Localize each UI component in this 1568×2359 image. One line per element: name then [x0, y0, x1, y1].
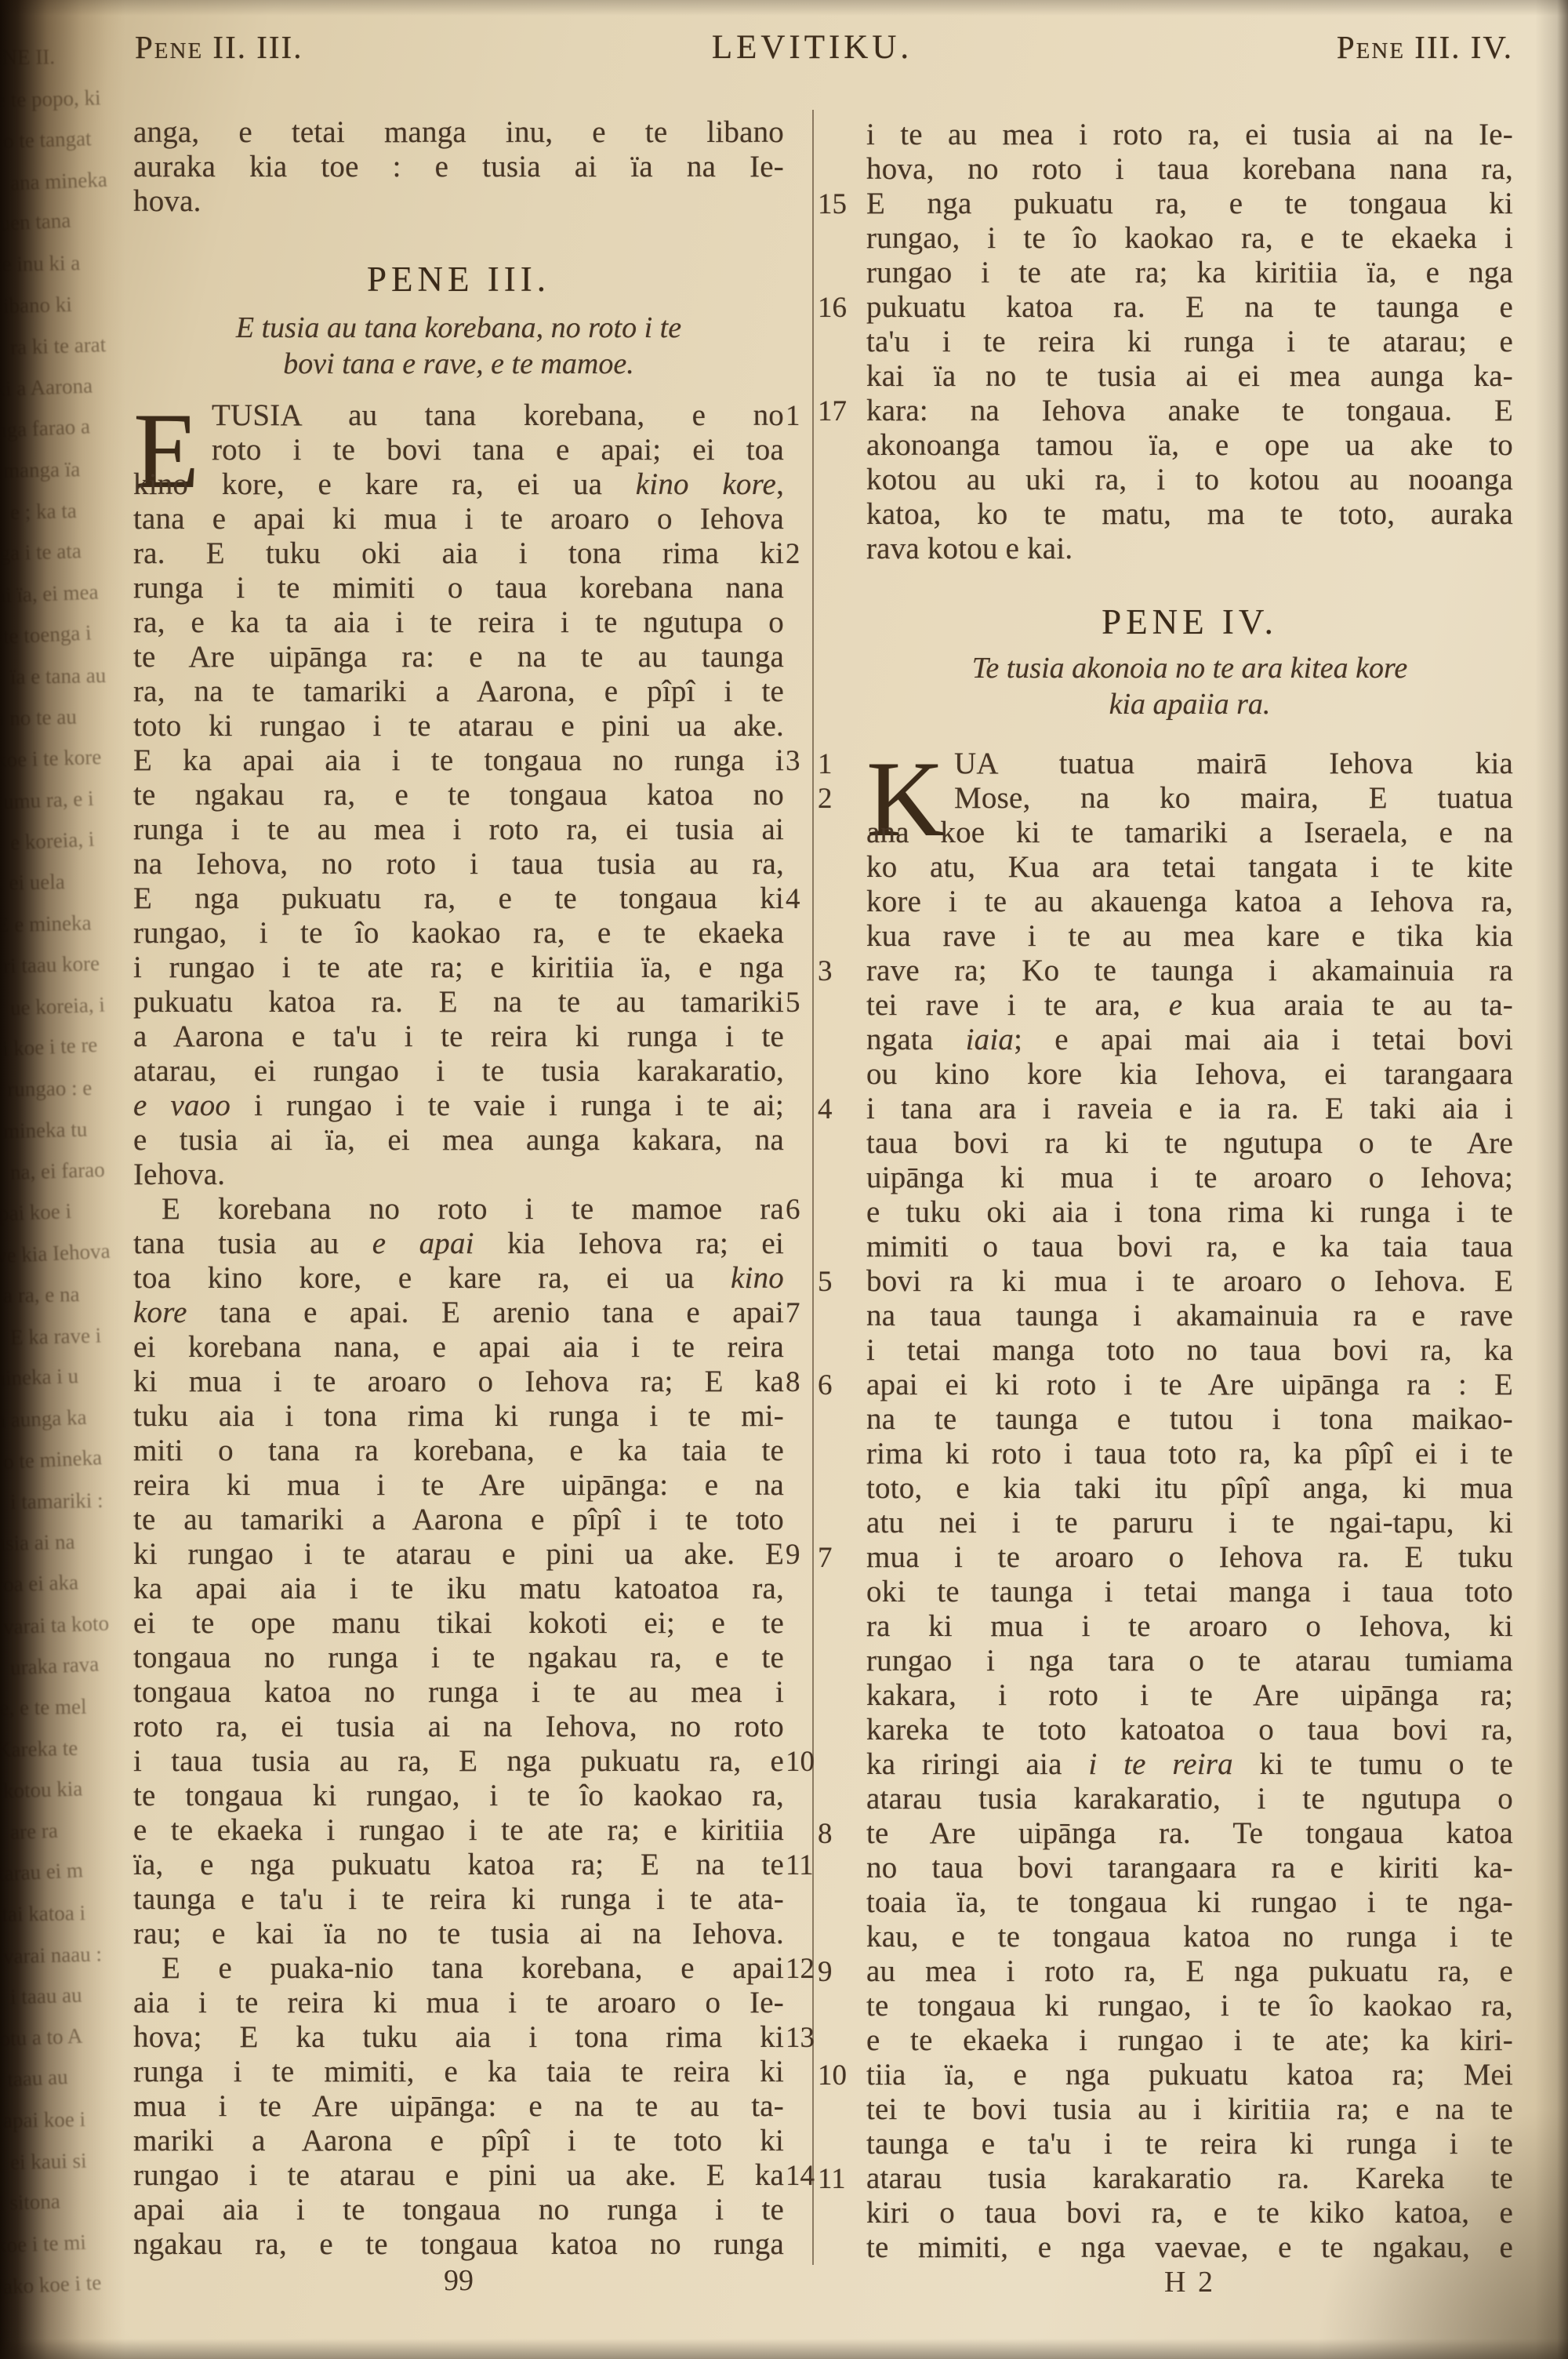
text-line: kotou au uki ra, i to kotou au nooanga — [866, 463, 1513, 497]
verse-number: 17 — [818, 394, 862, 429]
verse-number: 7 — [818, 1541, 862, 1576]
text-line: 8te Are uipānga ra. Te tongaua katoa — [866, 1816, 1513, 1851]
text-line: rava kotou e kai. — [866, 532, 1513, 566]
adjacent-page-fragment: puen tana — [0, 209, 71, 236]
line-text: ïa, e nga pukuatu katoa ra; E na te — [133, 1848, 784, 1882]
text-line: ou kino kore kia Iehova, ei tarangaara — [866, 1057, 1513, 1092]
chapter-subtitle: bovi tana e rave, e te mamoe. — [133, 346, 784, 382]
running-head-title: LEVITIKU. — [712, 28, 913, 67]
text-line: 4i tana ara i raveia e ia ra. E taki aia… — [866, 1092, 1513, 1126]
text-line: taunga e ta'u i te reira ki runga i te a… — [133, 1882, 784, 1917]
text-line: 8ki mua i te aroaro o Iehova ra; E ka — [133, 1365, 784, 1399]
text-line: rungao, i te îo kaokao ra, e te ekaeka i — [866, 221, 1513, 256]
text-line: roto i te bovi tana e apai; ei toa — [133, 433, 784, 467]
text-line: te ngakau ra, e te tongaua katoa no — [133, 778, 784, 812]
adjacent-page-fragment: ENE II. — [0, 45, 55, 69]
line-text: rave ra; Ko te taunga i akamainuia ra — [866, 954, 1513, 988]
text-line: tongaua no runga i te ngakau ra, e te — [133, 1641, 784, 1675]
adjacent-page-fragment: ue koreia, i — [9, 992, 105, 1020]
line-text: a Aarona e ta'u i te reira ki runga i te — [133, 1020, 784, 1054]
text-line: rima ki roto i taua toto ra, ka pîpî ei … — [866, 1437, 1513, 1471]
line-text: mua i te Are uipānga: e na te au ta- — [133, 2089, 784, 2124]
text-line: na taua taunga i akamainuia ra e rave — [866, 1299, 1513, 1333]
line-text: rungao i te ate ra; ka kiritiia ïa, e ng… — [866, 256, 1513, 290]
adjacent-page-fragment: i tamariki : — [10, 1488, 103, 1514]
text-line: e te ekaeka i rungao i te ate ra; e kiri… — [133, 1813, 784, 1848]
line-text: hova. — [133, 184, 784, 219]
text-line: 10i taua tusia au ra, E nga pukuatu ra, … — [133, 1744, 784, 1779]
line-text: tei rave i te ara, e kua araia te au ta- — [866, 988, 1513, 1023]
signature-mark: H 2 — [866, 2265, 1513, 2299]
chapter-heading: PENE IV. — [866, 602, 1513, 642]
line-text: Iehova. — [133, 1158, 784, 1192]
line-text: ngata iaia; e apai mai aia i tetai bovi — [866, 1023, 1513, 1057]
verse-number: 8 — [818, 1817, 862, 1852]
text-line: ta'u i te reira ki runga i te atarau; e — [866, 325, 1513, 359]
adjacent-page-fragment: ai ïa, ei mea — [0, 580, 99, 607]
adjacent-page-fragment: varai naau : — [3, 1942, 103, 1968]
text-line: ei korebana nana, e apai aia i te reira — [133, 1330, 784, 1365]
text-line: taunga e ta'u i te reira ki runga i te — [866, 2127, 1513, 2161]
text-line: auraka kia toe : e tusia ai ïa na Ie- — [133, 150, 784, 184]
text-line: kore i te au akauenga katoa a Iehova ra, — [866, 885, 1513, 919]
text-line: uipānga ki mua i te aroaro o Iehova; — [866, 1161, 1513, 1195]
text-line: tei rave i te ara, e kua araia te au ta- — [866, 988, 1513, 1023]
line-text: ou kino kore kia Iehova, ei tarangaara — [866, 1057, 1513, 1092]
verse-number: 5 — [818, 1265, 862, 1299]
text-line: reira ki mua i te Are uipānga: e na — [133, 1468, 784, 1503]
text-line: anga, e tetai manga inu, e te libano — [133, 115, 784, 150]
text-line: a Aarona e ta'u i te reira ki runga i te — [133, 1020, 784, 1054]
verse-number: 15 — [818, 187, 862, 222]
text-line: 11atarau tusia karakaratio ra. Kareka te — [866, 2161, 1513, 2196]
line-text: atarau tusia karakaratio ra. Kareka te — [866, 2161, 1513, 2196]
adjacent-page-fragment: ako koe i te — [2, 2271, 101, 2299]
line-text: ra. E tuku oki aia i tona rima ki — [133, 536, 784, 571]
text-line: tei te bovi tusia au i kiritiia ra; e na… — [866, 2092, 1513, 2127]
verse-number: 1 — [818, 747, 862, 782]
line-text: rungao, i te îo kaokao ra, e te ekaeka — [133, 916, 784, 951]
verse-number: 10 — [818, 2059, 862, 2093]
line-text: bovi ra ki mua i te aroaro o Iehova. E — [866, 1264, 1513, 1299]
text-line: 4E nga pukuatu ra, e te tongaua ki — [133, 881, 784, 916]
text-line: hova, no roto i taua korebana nana ra, — [866, 152, 1513, 187]
line-text: ko atu, Kua ara tetai tangata i te kite — [866, 850, 1513, 885]
verse-number: 9 — [818, 1955, 862, 1990]
text-line: 16pukuatu katoa ra. E na te taunga e — [866, 290, 1513, 325]
line-text: ra, na te tamariki a Aarona, e pîpî i te — [133, 674, 784, 709]
line-text: te ngakau ra, e te tongaua katoa no — [133, 778, 784, 812]
adjacent-page-fragment: itai katoa i — [0, 1901, 85, 1926]
line-text: e tuku oki aia i tona rima ki runga i te — [866, 1195, 1513, 1230]
adjacent-page-fragment: atarau ei m — [0, 1859, 84, 1886]
line-text: kotou au uki ra, i to kotou au nooanga — [866, 463, 1513, 497]
line-text: e tusia ai ïa, ei mea aunga kakara, na — [133, 1123, 784, 1158]
text-line: 7kore tana e apai. E arenio tana e apai — [133, 1296, 784, 1330]
line-text: i rungao i te ate ra; e kiritiia ïa, e n… — [133, 951, 784, 985]
adjacent-page-fragment: uraka rava — [9, 1652, 99, 1680]
verse-number: 6 — [786, 1193, 815, 1227]
line-text: TUSIA au tana korebana, e no — [212, 398, 784, 433]
text-line: Iehova. — [133, 1158, 784, 1192]
text-line: 3rave ra; Ko te taunga i akamainuia ra — [866, 954, 1513, 988]
line-text: ki mua i te aroaro o Iehova ra; E ka — [133, 1365, 784, 1399]
line-text: e te ekaeka i rungao i te ate ra; e kiri… — [133, 1813, 784, 1848]
adjacent-page-fragment: nga farao a — [0, 415, 91, 442]
verse-number: 14 — [786, 2159, 815, 2194]
verse-number: 7 — [786, 1296, 815, 1331]
text-line: e vaoo i rungao i te vaie i runga i te a… — [133, 1089, 784, 1123]
verse-number: 9 — [786, 1538, 815, 1572]
text-line: mimiti o taua bovi ra, e ka taia taua — [866, 1230, 1513, 1264]
text-line: na Iehova, no roto i taua tusia au ra, — [133, 847, 784, 881]
chapter-body: 1KUA tuatua mairā Iehova kia2Mose, na ko… — [866, 747, 1513, 2265]
text-line: tuku aia i tona rima ki runga i te mi- — [133, 1399, 784, 1434]
line-text: te mimiti, e nga vaevae, e te ngakau, e — [866, 2230, 1513, 2265]
line-text: hova; E ka tuku aia i tona rima ki — [133, 2020, 784, 2055]
text-line: ra, e ka ta aia i te reira i te ngutupa … — [133, 605, 784, 640]
text-line: atarau, ei rungao i te tusia karakaratio… — [133, 1054, 784, 1089]
verse-number: 4 — [786, 882, 815, 917]
text-line: toaia ïa, te tongaua ki rungao i te nga- — [866, 1885, 1513, 1920]
adjacent-page-fragment: o te tangat — [3, 126, 92, 153]
verse-number: 3 — [786, 744, 815, 779]
verse-number: 16 — [818, 291, 862, 325]
adjacent-page-fragment: nga i te ata — [0, 539, 82, 565]
text-line: akonoanga tamou ïa, e ope ua ake to — [866, 428, 1513, 463]
line-text: taunga e ta'u i te reira ki runga i te a… — [133, 1882, 784, 1917]
line-text: i taua tusia au ra, E nga pukuatu ra, e — [133, 1744, 784, 1779]
verse-number: 6 — [818, 1369, 862, 1403]
text-line: kakara, i roto i te Are uipānga ra; — [866, 1678, 1513, 1713]
line-text: na Iehova, no roto i taua tusia au ra, — [133, 847, 784, 881]
text-line: ra, na te tamariki a Aarona, e pîpî i te — [133, 674, 784, 709]
line-text: tana tusia au e apai kia Iehova ra; ei — [133, 1227, 784, 1261]
text-line: hova. — [133, 184, 784, 219]
chapter-body: 1ETUSIA au tana korebana, e noroto i te … — [133, 398, 784, 2262]
adjacent-page-fragment: mineka i u — [0, 1364, 78, 1390]
text-line: runga i te mimiti o taua korebana nana — [133, 571, 784, 605]
line-text: rungao i nga tara o te atarau tumiama — [866, 1644, 1513, 1678]
line-text: ra, e ka ta aia i te reira i te ngutupa … — [133, 605, 784, 640]
verse-number: 4 — [818, 1092, 862, 1127]
adjacent-page-fragment: mineka tu — [3, 1117, 88, 1143]
line-text: katoa, ko te matu, ma te toto, auraka — [866, 497, 1513, 532]
text-line: 6apai ei ki roto i te Are uipānga ra : E — [866, 1368, 1513, 1402]
line-text: toto ki rungao i te atarau e pini ua ake… — [133, 709, 784, 743]
line-text: tei te bovi tusia au i kiritiia ra; e na… — [866, 2092, 1513, 2127]
line-text: tongaua katoa no runga i te au mea i — [133, 1675, 784, 1710]
text-line: 6E korebana no roto i te mamoe ra — [133, 1192, 784, 1227]
right-text-column: i te au mea i roto ra, ei tusia ai na Ie… — [866, 118, 1513, 2265]
line-text: runga i te mimiti, e ka taia te reira ki — [133, 2055, 784, 2089]
adjacent-page-fragment: na, ei farao — [10, 1158, 106, 1184]
text-line: rau; e kai ïa no te tusia ai na Iehova. — [133, 1917, 784, 1951]
text-line: 14rungao i te atarau e pini ua ake. E ka — [133, 2158, 784, 2193]
text-line: ko atu, Kua ara tetai tangata i te kite — [866, 850, 1513, 885]
verse-number: 3 — [818, 954, 862, 989]
text-line: toto, e kia taki itu pîpî anga, ki mua — [866, 1471, 1513, 1506]
text-line: tongaua katoa no runga i te au mea i — [133, 1675, 784, 1710]
text-line: i tetai manga toto no taua bovi ra, ka — [866, 1333, 1513, 1368]
text-line: 1KUA tuatua mairā Iehova kia — [866, 747, 1513, 781]
line-text: kore i te au akauenga katoa a Iehova ra, — [866, 885, 1513, 919]
text-line: tana e apai ki mua i te aroaro o Iehova — [133, 502, 784, 536]
line-text: toa kino kore, e kare ra, ei ua kino — [133, 1261, 784, 1296]
line-text: pukuatu katoa ra. E na te taunga e — [866, 290, 1513, 325]
adjacent-page-fragment: e ; ka ta — [10, 499, 77, 524]
page-number: 99 — [133, 2263, 784, 2298]
line-text: i te au mea i roto ra, ei tusia ai na Ie… — [866, 118, 1513, 152]
text-line: 12E e puaka-nio tana korebana, e apai — [133, 1951, 784, 1986]
line-text: ta'u i te reira ki runga i te atarau; e — [866, 325, 1513, 359]
text-line: kau, e te tongaua katoa no runga i te — [866, 1920, 1513, 1954]
text-line: 2ra. E tuku oki aia i tona rima ki — [133, 536, 784, 571]
text-line: ngakau ra, e te tongaua katoa no runga — [133, 2227, 784, 2262]
adjacent-page-fragment: varai ta koto — [2, 1611, 109, 1638]
line-text: roto ra, ei tusia ai na Iehova, no roto — [133, 1710, 784, 1744]
text-line: mua i te Are uipānga: e na te au ta- — [133, 2089, 784, 2124]
adjacent-page-fragment: ïa e tana au — [10, 663, 107, 689]
line-text: rima ki roto i taua toto ra, ka pîpî ei … — [866, 1437, 1513, 1471]
text-line: ana koe ki te tamariki a Iseraela, e na — [866, 816, 1513, 850]
text-line: runga i te mimiti, e ka taia te reira ki — [133, 2055, 784, 2089]
text-line: aia i te reira ki mua i te aroaro o Ie- — [133, 1986, 784, 2020]
line-text: E nga pukuatu ra, e te tongaua ki — [133, 881, 784, 916]
line-text: te au tamariki a Aarona e pîpî i te toto — [133, 1503, 784, 1537]
line-text: kau, e te tongaua katoa no runga i te — [866, 1920, 1513, 1954]
line-text: kara: na Iehova anake te tongaua. E — [866, 394, 1513, 428]
adjacent-page-fragment: e koreia, i — [9, 827, 94, 855]
verse-number: 10 — [786, 1745, 815, 1779]
adjacent-page-fragment: umu ra, e i — [2, 787, 94, 813]
adjacent-page-fragment: te toenga i — [2, 621, 92, 649]
line-text: runga i te mimiti o taua korebana nana — [133, 571, 784, 605]
text-line: katoa, ko te matu, ma te toto, auraka — [866, 497, 1513, 532]
chapter-subtitle: E tusia au tana korebana, no roto i te — [133, 310, 784, 346]
text-line: i rungao i te ate ra; e kiritiia ïa, e n… — [133, 951, 784, 985]
text-line: ei te ope manu tikai kokoti ei; e te — [133, 1606, 784, 1641]
adjacent-page-fragment: o te mineka — [2, 1446, 102, 1474]
line-text: tiia ïa, e nga pukuatu katoa ra; Mei — [866, 2058, 1513, 2092]
adjacent-page-fragment: a aunga ka — [0, 1405, 87, 1432]
text-line: 17kara: na Iehova anake te tongaua. E — [866, 394, 1513, 428]
text-line: ka riringi aia i te reira ki te tumu o t… — [866, 1747, 1513, 1782]
adjacent-page-fragment: koe i te mi — [0, 2230, 86, 2257]
line-text: E nga pukuatu ra, e te tongaua ki — [866, 187, 1513, 221]
chapter-subtitle: Te tusia akonoia no te ara kitea kore — [866, 650, 1513, 686]
adjacent-page-fragment: manga ïa — [3, 457, 81, 482]
text-line: toto ki rungao i te atarau e pini ua ake… — [133, 709, 784, 743]
text-line: miti o tana ra korebana, e ka taia te — [133, 1434, 784, 1468]
text-line: 1ETUSIA au tana korebana, e no — [133, 398, 784, 433]
adjacent-page-fragment: E e mineka — [0, 911, 92, 936]
adjacent-page-fragment: ei sitona — [0, 2190, 60, 2215]
verse-number: 8 — [786, 1365, 815, 1400]
line-text: te tongaua ki rungao, i te îo kaokao ra, — [866, 1989, 1513, 2023]
line-text: anga, e tetai manga inu, e te libano — [133, 115, 784, 150]
adjacent-page-fragment: a'i koe i te re — [0, 1033, 98, 1061]
text-line: 7mua i te aroaro o Iehova ra. E tuku — [866, 1540, 1513, 1575]
line-text: roto i te bovi tana e apai; ei toa — [212, 433, 784, 467]
line-text: mua i te aroaro o Iehova ra. E tuku — [866, 1540, 1513, 1575]
line-text: hova, no roto i taua korebana nana ra, — [866, 152, 1513, 187]
line-text: E e puaka-nio tana korebana, e apai — [162, 1951, 784, 1986]
line-text: ei korebana nana, e apai aia i te reira — [133, 1330, 784, 1365]
line-text: UA tuatua mairā Iehova kia — [954, 747, 1513, 781]
adjacent-page-fragment: i taau au — [10, 1983, 82, 2009]
verse-number: 12 — [786, 1952, 815, 1986]
line-text: kiri o taua bovi ra, e te kiko katoa, e — [866, 2196, 1513, 2230]
left-text-column: anga, e tetai manga inu, e te libanoaura… — [133, 115, 784, 2262]
text-line: 13hova; E ka tuku aia i tona rima ki — [133, 2020, 784, 2055]
line-text: ki rungao i te atarau e pini ua ake. E — [133, 1537, 784, 1572]
text-line: e tuku oki aia i tona rima ki runga i te — [866, 1195, 1513, 1230]
text-line: rungao i te ate ra; ka kiritiia ïa, e ng… — [866, 256, 1513, 290]
text-line: te Are uipānga ra: e na te au taunga — [133, 640, 784, 674]
line-text: rungao i te atarau e pini ua ake. E ka — [133, 2158, 784, 2193]
adjacent-page-fragment: ra ki te arat — [10, 333, 107, 359]
line-text: tongaua no runga i te ngakau ra, e te — [133, 1641, 784, 1675]
adjacent-page-fragment: i taau au — [0, 2065, 68, 2092]
text-line: 10tiia ïa, e nga pukuatu katoa ra; Mei — [866, 2058, 1513, 2092]
text-line: 9ki rungao i te atarau e pini ua ake. E — [133, 1537, 784, 1572]
running-head-left: Pene II. III. — [135, 28, 303, 66]
text-line: ra ki mua i te aroaro o Iehova, ki — [866, 1609, 1513, 1644]
line-text: auraka kia toe : e tusia ai ïa na Ie- — [133, 150, 784, 184]
text-line: no taua bovi tarangaara ra e kiriti ka- — [866, 1851, 1513, 1885]
text-line: oki te taunga i tetai manga i taua toto — [866, 1575, 1513, 1609]
line-text: rau; e kai ïa no te tusia ai na Iehova. — [133, 1917, 784, 1951]
adjacent-page-fragment: iki a Aarona — [0, 373, 93, 401]
text-line: te mimiti, e nga vaevae, e te ngakau, e — [866, 2230, 1513, 2265]
line-text: kua rave i te au mea kare e tika kia — [866, 919, 1513, 954]
text-line: te tongaua ki rungao, i te îo kaokao ra, — [133, 1779, 784, 1813]
text-line: 11ïa, e nga pukuatu katoa ra; E na te — [133, 1848, 784, 1882]
adjacent-page-fragment: apai koe i — [0, 1199, 72, 1226]
text-line: na te taunga e tutou i tona maikao- — [866, 1402, 1513, 1437]
text-line: te au tamariki a Aarona e pîpî i te toto — [133, 1503, 784, 1537]
text-line: taua bovi ra ki te ngutupa o te Are — [866, 1126, 1513, 1161]
verse-number: 11 — [786, 1848, 815, 1883]
adjacent-page-fragment: ve kia Iehova — [0, 1239, 111, 1268]
text-line: e tusia ai ïa, ei mea aunga kakara, na — [133, 1123, 784, 1158]
line-text: kore tana e apai. E arenio tana e apai — [133, 1296, 784, 1330]
text-line: 5bovi ra ki mua i te aroaro o Iehova. E — [866, 1264, 1513, 1299]
line-text: taunga e ta'u i te reira ki runga i te — [866, 2127, 1513, 2161]
line-text: atarau tusia karakaratio, i te ngutupa o — [866, 1782, 1513, 1816]
adjacent-page-fragment: te inu ki a — [0, 251, 80, 276]
text-line: atarau tusia karakaratio, i te ngutupa o — [866, 1782, 1513, 1816]
text-line: ka apai aia i te iku matu katoatoa ra, — [133, 1572, 784, 1606]
adjacent-page-fragment: ri taau kore — [3, 951, 100, 978]
text-line: 5pukuatu katoa ra. E na te au tamariki — [133, 985, 784, 1020]
line-text: aia i te reira ki mua i te aroaro o Ie- — [133, 1986, 784, 2020]
adjacent-page-fragment: kotou kia — [3, 1777, 83, 1803]
adjacent-page-fragment: ia no te au — [0, 704, 77, 730]
adjacent-page-fragment: apai koe i — [3, 2107, 85, 2132]
text-line: te tongaua ki rungao, i te îo kaokao ra, — [866, 1989, 1513, 2023]
text-line: mariki a Aarona e pîpî i te toto ki — [133, 2124, 784, 2158]
line-text: runga i te au mea i roto ra, ei tusia ai — [133, 812, 784, 847]
line-text: taua bovi ra ki te ngutupa o te Are — [866, 1126, 1513, 1161]
line-text: ka apai aia i te iku matu katoatoa ra, — [133, 1572, 784, 1606]
line-text: miti o tana ra korebana, e ka taia te — [133, 1434, 784, 1468]
line-text: tana e apai ki mua i te aroaro o Iehova — [133, 502, 784, 536]
line-text: atu nei i te paruru i te ngai-tapu, ki — [866, 1506, 1513, 1540]
text-line: toa kino kore, e kare ra, ei ua kino — [133, 1261, 784, 1296]
adjacent-page-fragment: tusia ai na — [0, 1529, 75, 1555]
book-page-scan: ENE II.e te popo, kio te tangatana minek… — [0, 0, 1568, 2359]
line-text: e vaoo i rungao i te vaie i runga i te a… — [133, 1089, 784, 1123]
line-text: mariki a Aarona e pîpî i te toto ki — [133, 2124, 784, 2158]
line-text: no taua bovi tarangaara ra e kiriti ka- — [866, 1851, 1513, 1885]
text-line: i te au mea i roto ra, ei tusia ai na Ie… — [866, 118, 1513, 152]
text-line: apai aia i te tongaua no runga i te — [133, 2193, 784, 2227]
adjacent-page-fragment: ue, e te mel — [0, 1695, 87, 1720]
text-line: 3E ka apai aia i te tongaua no runga i — [133, 743, 784, 778]
adjacent-page-fragment: are ra — [9, 1819, 58, 1844]
line-text: uipānga ki mua i te aroaro o Iehova; — [866, 1161, 1513, 1195]
text-line: 2Mose, na ko maira, E tuatua — [866, 781, 1513, 816]
text-line: kareka te toto katoatoa o taua bovi ra, — [866, 1713, 1513, 1747]
text-line: atu nei i te paruru i te ngai-tapu, ki — [866, 1506, 1513, 1540]
text-line: 9au mea i roto ra, E nga pukuatu ra, e — [866, 1954, 1513, 1989]
adjacent-page-fragment: E ka rave i — [10, 1323, 102, 1349]
line-text: Mose, na ko maira, E tuatua — [954, 781, 1513, 816]
line-text: na taua taunga i akamainuia ra e rave — [866, 1299, 1513, 1333]
text-line: runga i te au mea i roto ra, ei tusia ai — [133, 812, 784, 847]
line-text: i tana ara i raveia e ia ra. E taki aia … — [866, 1092, 1513, 1126]
line-text: akonoanga tamou ïa, e ope ua ake to — [866, 428, 1513, 463]
verse-number: 2 — [818, 782, 862, 816]
verse-number: 5 — [786, 986, 815, 1020]
text-line: kiri o taua bovi ra, e te kiko katoa, e — [866, 2196, 1513, 2230]
line-text: ei te ope manu tikai kokoti ei; e te — [133, 1606, 784, 1641]
line-text: apai aia i te tongaua no runga i te — [133, 2193, 784, 2227]
adjacent-page-fragment: ei kaui si — [10, 2148, 87, 2173]
line-text: pukuatu katoa ra. E na te au tamariki — [133, 985, 784, 1020]
adjacent-page-fragment: e te popo, ki — [0, 85, 101, 111]
chapter-subtitle: kia apaiia ra. — [866, 686, 1513, 722]
adjacent-page-fragment: ibano ki — [3, 293, 72, 318]
line-text: toto, e kia taki itu pîpî anga, ki mua — [866, 1471, 1513, 1506]
text-line: 15E nga pukuatu ra, e te tongaua ki — [866, 187, 1513, 221]
line-text: te Are uipānga ra. Te tongaua katoa — [866, 1816, 1513, 1851]
verse-number: 11 — [818, 2162, 862, 2197]
text-line: kai ïa no te tusia ai ei mea aunga ka- — [866, 359, 1513, 394]
text-line: roto ra, ei tusia ai na Iehova, no roto — [133, 1710, 784, 1744]
line-text: ra ki mua i te aroaro o Iehova, ki — [866, 1609, 1513, 1644]
line-text: au mea i roto ra, E nga pukuatu ra, e — [866, 1954, 1513, 1989]
adjacent-page-fragment: koe i te kore — [0, 745, 102, 772]
adjacent-page-text: ENE II.e te popo, kio te tangatana minek… — [0, 0, 125, 2359]
line-text: kareka te toto katoatoa o taua bovi ra, — [866, 1713, 1513, 1747]
text-line: tana tusia au e apai kia Iehova ra; ei — [133, 1227, 784, 1261]
adjacent-page-fragment: a, ei uela — [0, 870, 65, 895]
adjacent-page-fragment: a ra, e na — [3, 1282, 80, 1307]
line-text: rungao, i te îo kaokao ra, e te ekaeka i — [866, 221, 1513, 256]
adjacent-page-fragment: notu a to A — [0, 2024, 83, 2052]
line-text: te Are uipānga ra: e na te au taunga — [133, 640, 784, 674]
text-line: rungao i nga tara o te atarau tumiama — [866, 1644, 1513, 1678]
adjacent-page-fragment: i rungao : e — [0, 1076, 92, 1101]
adjacent-page-fragment: ana mineka — [9, 167, 107, 194]
verse-number: 13 — [786, 2021, 815, 2055]
line-text: reira ki mua i te Are uipānga: e na — [133, 1468, 784, 1503]
chapter-heading: PENE III. — [133, 259, 784, 300]
line-text: ana koe ki te tamariki a Iseraela, e na — [866, 816, 1513, 850]
